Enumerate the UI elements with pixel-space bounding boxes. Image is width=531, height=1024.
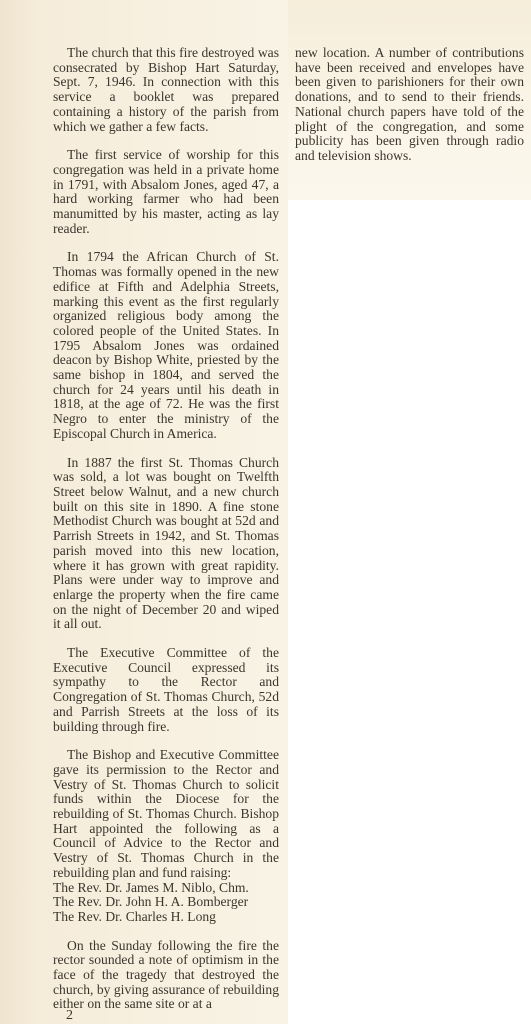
council-members-list: The Rev. Dr. James M. Niblo, Chm. The Re… [53,881,279,925]
paragraph-consecration: The church that this fire destroyed was … [53,46,279,134]
paragraph-african-church-1794: In 1794 the African Church of St. Thomas… [53,250,279,441]
council-member: The Rev. Dr. Charles H. Long [53,910,279,925]
paragraph-new-location: new location. A number of contributions … [295,46,524,164]
paragraph-bishop-permission: The Bishop and Executive Committee gave … [53,748,279,880]
page-number: 2 [66,1008,73,1024]
paragraph-history-1887: In 1887 the first St. Thomas Church was … [53,456,279,632]
right-column: new location. A number of contributions … [295,46,524,178]
council-member: The Rev. Dr. John H. A. Bomberger [53,895,279,910]
council-member: The Rev. Dr. James M. Niblo, Chm. [53,881,279,896]
left-column: The church that this fire destroyed was … [53,46,279,1024]
paragraph-sunday-optimism: On the Sunday following the fire the rec… [53,939,279,1013]
paragraph-executive-committee: The Executive Committee of the Executive… [53,646,279,734]
paragraph-first-service: The first service of worship for this co… [53,148,279,236]
